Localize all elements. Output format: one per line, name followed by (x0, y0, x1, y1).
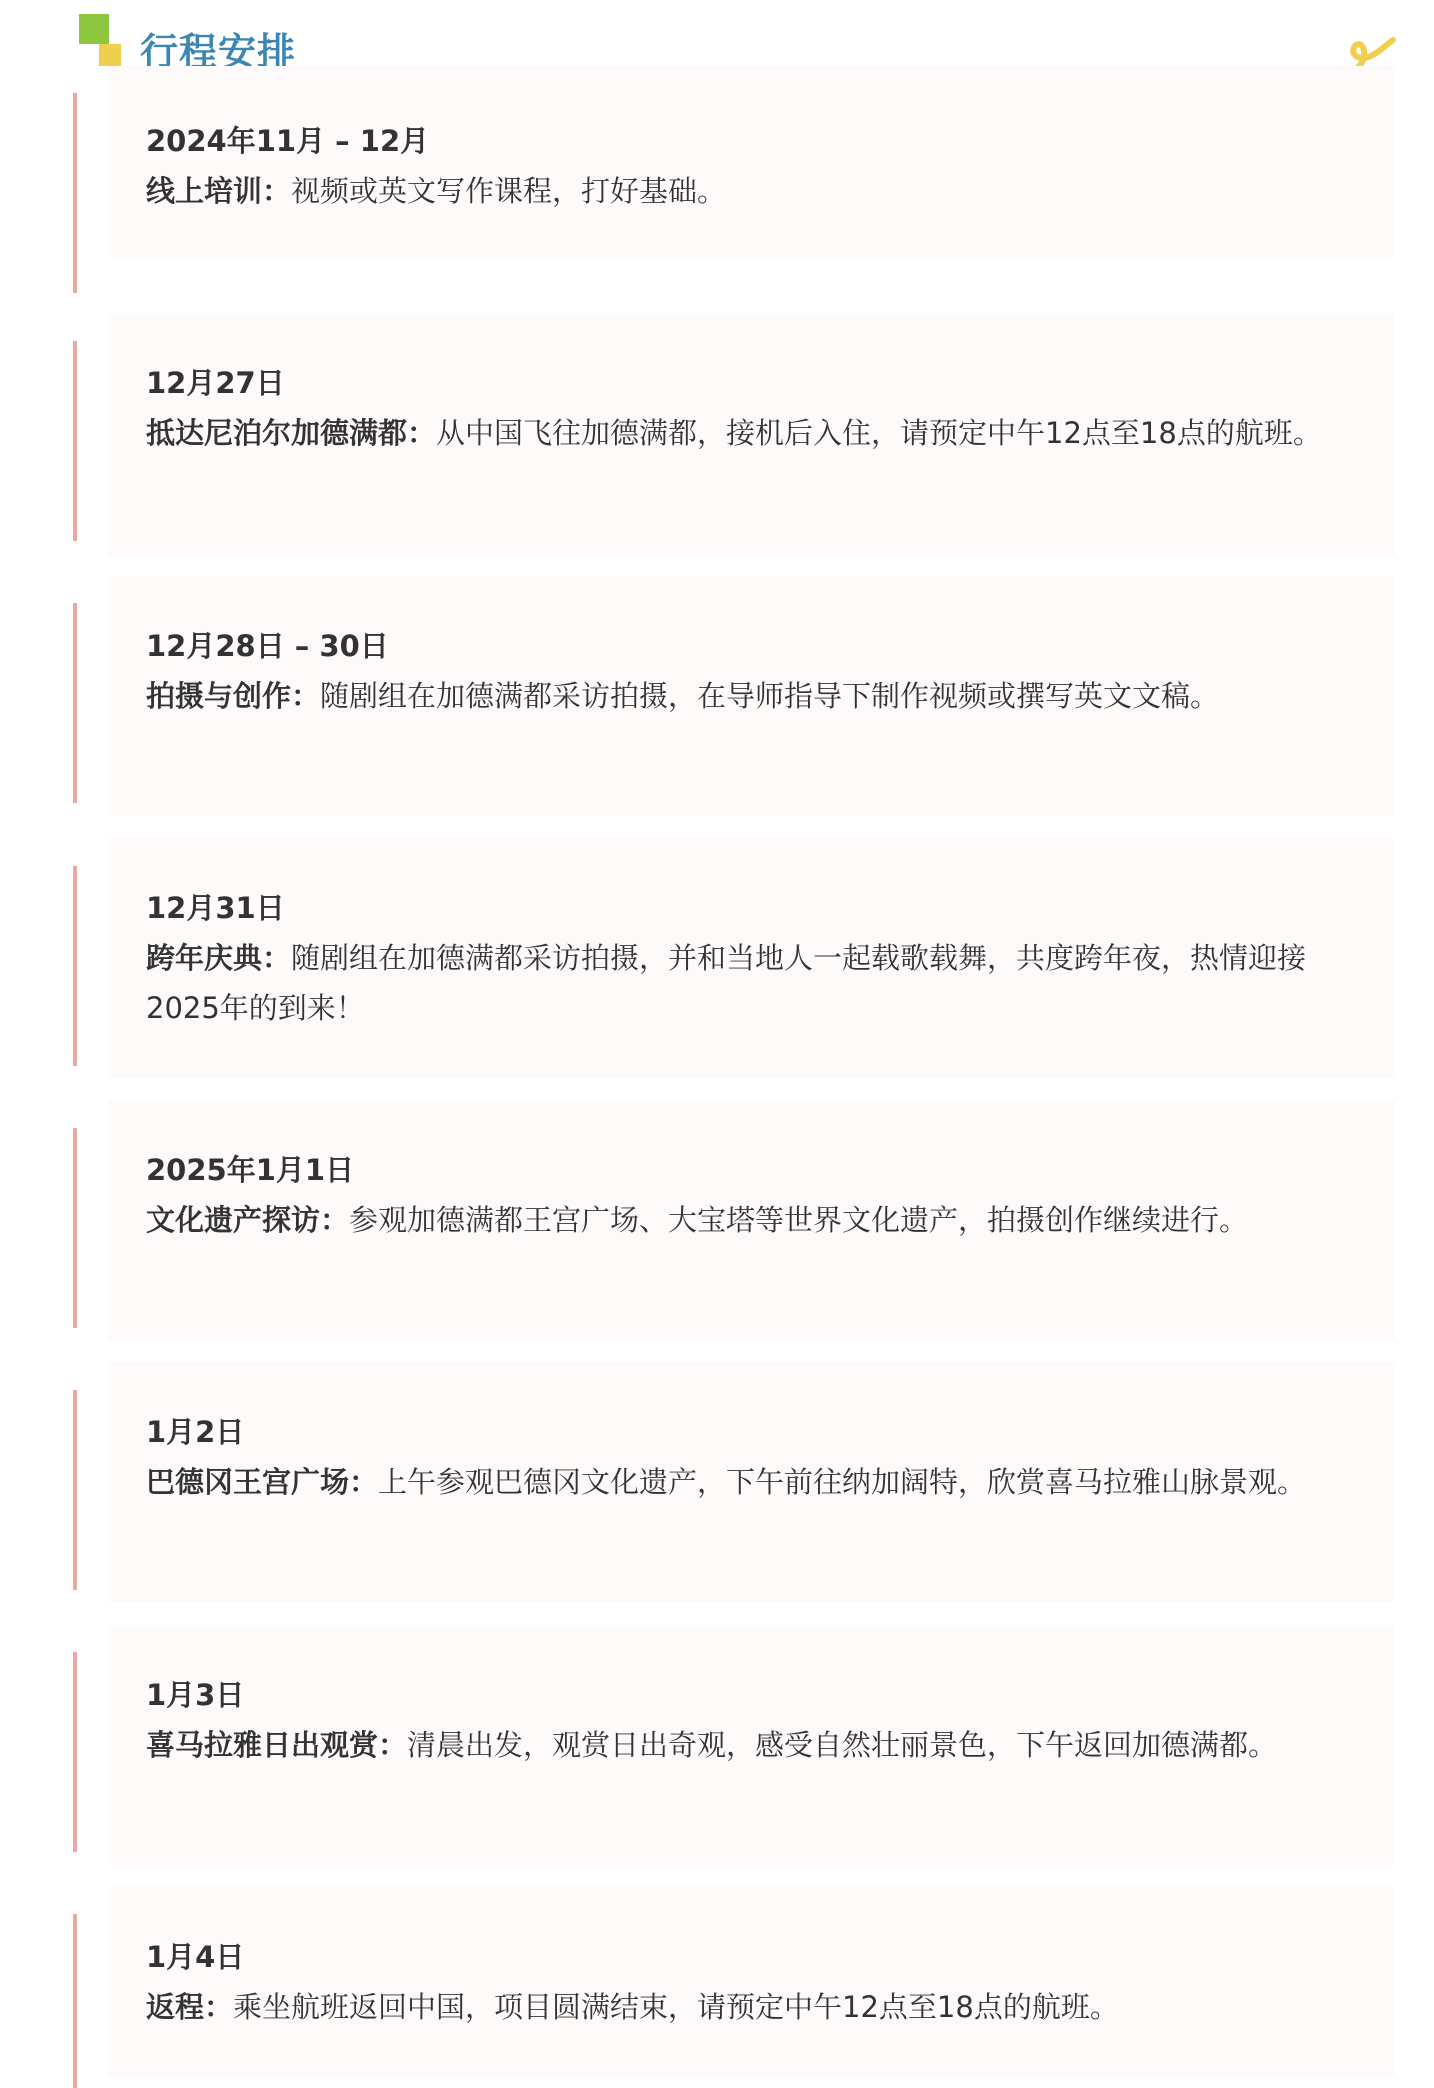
timeline-rail (73, 603, 77, 803)
itinerary-text: 参观加德满都王宫广场、大宝塔等世界文化遗产，拍摄创作继续进行。 (349, 1203, 1248, 1237)
itinerary-label: 喜马拉雅日出观赏： (146, 1728, 407, 1762)
itinerary-card: 12月31日 跨年庆典：随剧组在加德满都采访拍摄，并和当地人一起载歌载舞，共度跨… (108, 838, 1395, 1078)
timeline-rail (73, 1914, 77, 2088)
itinerary-label: 文化遗产探访： (146, 1203, 349, 1237)
itinerary-description: 文化遗产探访：参观加德满都王宫广场、大宝塔等世界文化遗产，拍摄创作继续进行。 (146, 1195, 1359, 1245)
timeline-rail (73, 866, 77, 1066)
itinerary-description: 线上培训：视频或英文写作课程，打好基础。 (146, 166, 1359, 216)
itinerary-description: 巴德冈王宫广场：上午参观巴德冈文化遗产，下午前往纳加阔特，欣赏喜马拉雅山脉景观。 (146, 1457, 1359, 1507)
itinerary-card: 1月3日 喜马拉雅日出观赏：清晨出发，观赏日出奇观，感受自然壮丽景色，下午返回加… (108, 1625, 1395, 1865)
itinerary-date: 1月4日 (146, 1932, 1359, 1982)
itinerary-description: 跨年庆典：随剧组在加德满都采访拍摄，并和当地人一起载歌载舞，共度跨年夜，热情迎接… (146, 933, 1359, 1033)
itinerary-text: 上午参观巴德冈文化遗产，下午前往纳加阔特，欣赏喜马拉雅山脉景观。 (378, 1465, 1306, 1499)
itinerary-description: 返程：乘坐航班返回中国，项目圆满结束，请预定中午12点至18点的航班。 (146, 1982, 1359, 2032)
timeline-rail (73, 341, 77, 541)
itinerary-date: 1月3日 (146, 1670, 1359, 1720)
itinerary-label: 拍摄与创作： (146, 679, 320, 713)
itinerary-text: 从中国飞往加德满都，接机后入住，请预定中午12点至18点的航班。 (436, 416, 1322, 450)
itinerary-text: 视频或英文写作课程，打好基础。 (291, 174, 726, 208)
itinerary-date: 2024年11月 – 12月 (146, 116, 1359, 166)
itinerary-text: 乘坐航班返回中国，项目圆满结束，请预定中午12点至18点的航班。 (233, 1990, 1119, 2024)
itinerary-date: 2025年1月1日 (146, 1145, 1359, 1195)
itinerary-description: 喜马拉雅日出观赏：清晨出发，观赏日出奇观，感受自然壮丽景色，下午返回加德满都。 (146, 1720, 1359, 1770)
itinerary-label: 返程： (146, 1990, 233, 2024)
timeline-rail (73, 1128, 77, 1328)
itinerary-label: 巴德冈王宫广场： (146, 1465, 378, 1499)
itinerary-description: 拍摄与创作：随剧组在加德满都采访拍摄，在导师指导下制作视频或撰写英文文稿。 (146, 671, 1359, 721)
itinerary-label: 线上培训： (146, 174, 291, 208)
itinerary-card: 2024年11月 – 12月 线上培训：视频或英文写作课程，打好基础。 (108, 66, 1395, 257)
itinerary-label: 跨年庆典： (146, 941, 291, 975)
itinerary-card: 12月27日 抵达尼泊尔加德满都：从中国飞往加德满都，接机后入住，请预定中午12… (108, 313, 1395, 555)
timeline-rail (73, 93, 77, 293)
itinerary-date: 12月27日 (146, 358, 1359, 408)
header-decoration-green-square (79, 14, 109, 44)
itinerary-date: 1月2日 (146, 1407, 1359, 1457)
header-decoration-yellow-square (99, 44, 121, 66)
itinerary-card: 1月2日 巴德冈王宫广场：上午参观巴德冈文化遗产，下午前往纳加阔特，欣赏喜马拉雅… (108, 1362, 1395, 1602)
itinerary-card: 12月28日 – 30日 拍摄与创作：随剧组在加德满都采访拍摄，在导师指导下制作… (108, 576, 1395, 816)
itinerary-card: 1月4日 返程：乘坐航班返回中国，项目圆满结束，请预定中午12点至18点的航班。 (108, 1887, 1395, 2077)
itinerary-date: 12月31日 (146, 883, 1359, 933)
itinerary-date: 12月28日 – 30日 (146, 621, 1359, 671)
itinerary-text: 随剧组在加德满都采访拍摄，并和当地人一起载歌载舞，共度跨年夜，热情迎接2025年… (146, 941, 1306, 1025)
itinerary-card: 2025年1月1日 文化遗产探访：参观加德满都王宫广场、大宝塔等世界文化遗产，拍… (108, 1100, 1395, 1340)
itinerary-label: 抵达尼泊尔加德满都： (146, 416, 436, 450)
timeline-rail (73, 1390, 77, 1590)
itinerary-text: 清晨出发，观赏日出奇观，感受自然壮丽景色，下午返回加德满都。 (407, 1728, 1277, 1762)
itinerary-text: 随剧组在加德满都采访拍摄，在导师指导下制作视频或撰写英文文稿。 (320, 679, 1219, 713)
itinerary-description: 抵达尼泊尔加德满都：从中国飞往加德满都，接机后入住，请预定中午12点至18点的航… (146, 408, 1359, 458)
timeline-rail (73, 1652, 77, 1852)
